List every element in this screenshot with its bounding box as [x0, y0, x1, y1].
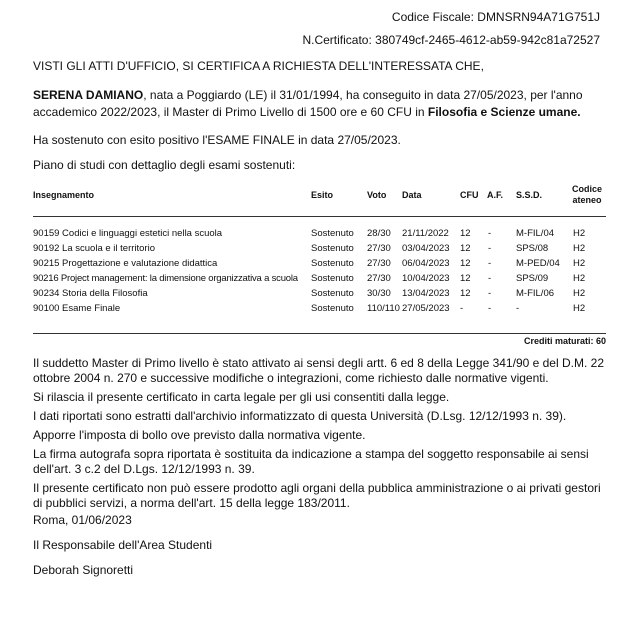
col-esito: Esito — [311, 190, 333, 201]
cell-voto: 27/30 — [367, 243, 391, 255]
cell-voto: 30/30 — [367, 288, 391, 300]
col-cfu: CFU — [460, 190, 479, 201]
cell-insegnamento: 90215 Progettazione e valutazione didatt… — [33, 258, 217, 270]
table-row: 90215 Progettazione e valutazione didatt… — [0, 258, 640, 274]
table-row: 90234 Storia della Filosofia Sostenuto 3… — [0, 288, 640, 304]
signatory-name: Deborah Signoretti — [33, 563, 613, 578]
cell-cfu: 12 — [460, 228, 471, 240]
cell-data: 06/04/2023 — [402, 258, 450, 270]
cell-cfu: - — [460, 303, 463, 315]
cell-codice: H2 — [573, 288, 585, 300]
col-ssd: S.S.D. — [516, 190, 542, 201]
credits-total: Crediti maturati: 60 — [524, 336, 606, 346]
cell-ssd: M-PED/04 — [516, 258, 560, 270]
table-row: 90216 Project management: la dimensione … — [0, 273, 640, 289]
cell-ssd: - — [516, 303, 519, 315]
cell-af: - — [488, 258, 491, 270]
table-row: 90192 La scuola e il territorio Sostenut… — [0, 243, 640, 259]
cell-codice: H2 — [573, 303, 585, 315]
signatory-title: Il Responsabile dell'Area Studenti — [33, 538, 613, 553]
cell-esito: Sostenuto — [311, 228, 354, 240]
cell-voto: 27/30 — [367, 258, 391, 270]
cell-cfu: 12 — [460, 243, 471, 255]
cell-cfu: 12 — [460, 273, 471, 285]
cell-data: 21/11/2022 — [402, 228, 449, 240]
final-exam-statement: Ha sostenuto con esito positivo l'ESAME … — [33, 133, 613, 148]
cell-voto: 27/30 — [367, 273, 391, 285]
cell-af: - — [488, 228, 491, 240]
table-row: 90100 Esame Finale Sostenuto 110/110 27/… — [0, 303, 640, 319]
cell-data: 27/05/2023 — [402, 303, 450, 315]
paragraph-signature-note: La firma autografa sopra riportata è sos… — [33, 447, 613, 477]
cell-esito: Sostenuto — [311, 258, 354, 270]
paragraph-master-activation: Il suddetto Master di Primo livello è st… — [33, 356, 613, 386]
cell-codice: H2 — [573, 228, 585, 240]
certificate-number: N.Certificato: 380749cf-2465-4612-ab59-9… — [302, 33, 600, 47]
cell-af: - — [488, 303, 491, 315]
cell-voto: 28/30 — [367, 228, 391, 240]
codice-fiscale: Codice Fiscale: DMNSRN94A71G751J — [392, 10, 600, 24]
cell-insegnamento: 90159 Codici e linguaggi estetici nella … — [33, 228, 222, 240]
cell-af: - — [488, 273, 491, 285]
cell-esito: Sostenuto — [311, 288, 354, 300]
cell-codice: H2 — [573, 273, 585, 285]
place-date: Roma, 01/06/2023 — [33, 513, 613, 528]
paragraph-legal-use: Si rilascia il presente certificato in c… — [33, 390, 613, 405]
cell-ssd: M-FIL/06 — [516, 288, 554, 300]
table-row: 90159 Codici e linguaggi estetici nella … — [0, 228, 640, 244]
cell-af: - — [488, 243, 491, 255]
paragraph-stamp-duty: Apporre l'imposta di bollo ove previsto … — [33, 428, 613, 443]
cell-insegnamento: 90100 Esame Finale — [33, 303, 120, 315]
cell-cfu: 12 — [460, 258, 471, 270]
cell-esito: Sostenuto — [311, 243, 354, 255]
cell-af: - — [488, 288, 491, 300]
paragraph-data-source: I dati riportati sono estratti dall'arch… — [33, 409, 613, 424]
cell-esito: Sostenuto — [311, 273, 354, 285]
col-voto: Voto — [367, 190, 386, 201]
cell-data: 10/04/2023 — [402, 273, 450, 285]
cell-ssd: SPS/09 — [516, 273, 548, 285]
cell-insegnamento: 90192 La scuola e il territorio — [33, 243, 155, 255]
table-bottom-rule — [33, 333, 606, 334]
cell-data: 03/04/2023 — [402, 243, 450, 255]
col-data: Data — [402, 190, 422, 201]
cell-ssd: M-FIL/04 — [516, 228, 554, 240]
table-top-rule — [33, 216, 606, 217]
cell-data: 13/04/2023 — [402, 288, 450, 300]
cell-codice: H2 — [573, 258, 585, 270]
col-codice-line2: ateneo — [572, 195, 602, 206]
declaration-paragraph: SERENA DAMIANO, nata a Poggiardo (LE) il… — [33, 87, 613, 121]
student-name: SERENA DAMIANO — [33, 88, 143, 102]
cell-cfu: 12 — [460, 288, 471, 300]
cell-voto: 110/110 — [367, 303, 400, 315]
course-name: Filosofia e Scienze umane. — [428, 105, 581, 119]
col-insegnamento: Insegnamento — [33, 190, 94, 201]
cell-codice: H2 — [573, 243, 585, 255]
col-codice-ateneo: Codice ateneo — [572, 184, 602, 206]
cell-ssd: SPS/08 — [516, 243, 548, 255]
col-codice-line1: Codice — [572, 184, 602, 195]
cell-insegnamento: 90234 Storia della Filosofia — [33, 288, 148, 300]
study-plan-title: Piano di studi con dettaglio degli esami… — [33, 158, 613, 173]
intro-statement: VISTI GLI ATTI D'UFFICIO, SI CERTIFICA A… — [33, 59, 613, 74]
col-af: A.F. — [487, 190, 503, 201]
cell-esito: Sostenuto — [311, 303, 354, 315]
cell-insegnamento: 90216 Project management: la dimensione … — [33, 273, 298, 285]
paragraph-usage-restriction: Il presente certificato non può essere p… — [33, 481, 613, 511]
